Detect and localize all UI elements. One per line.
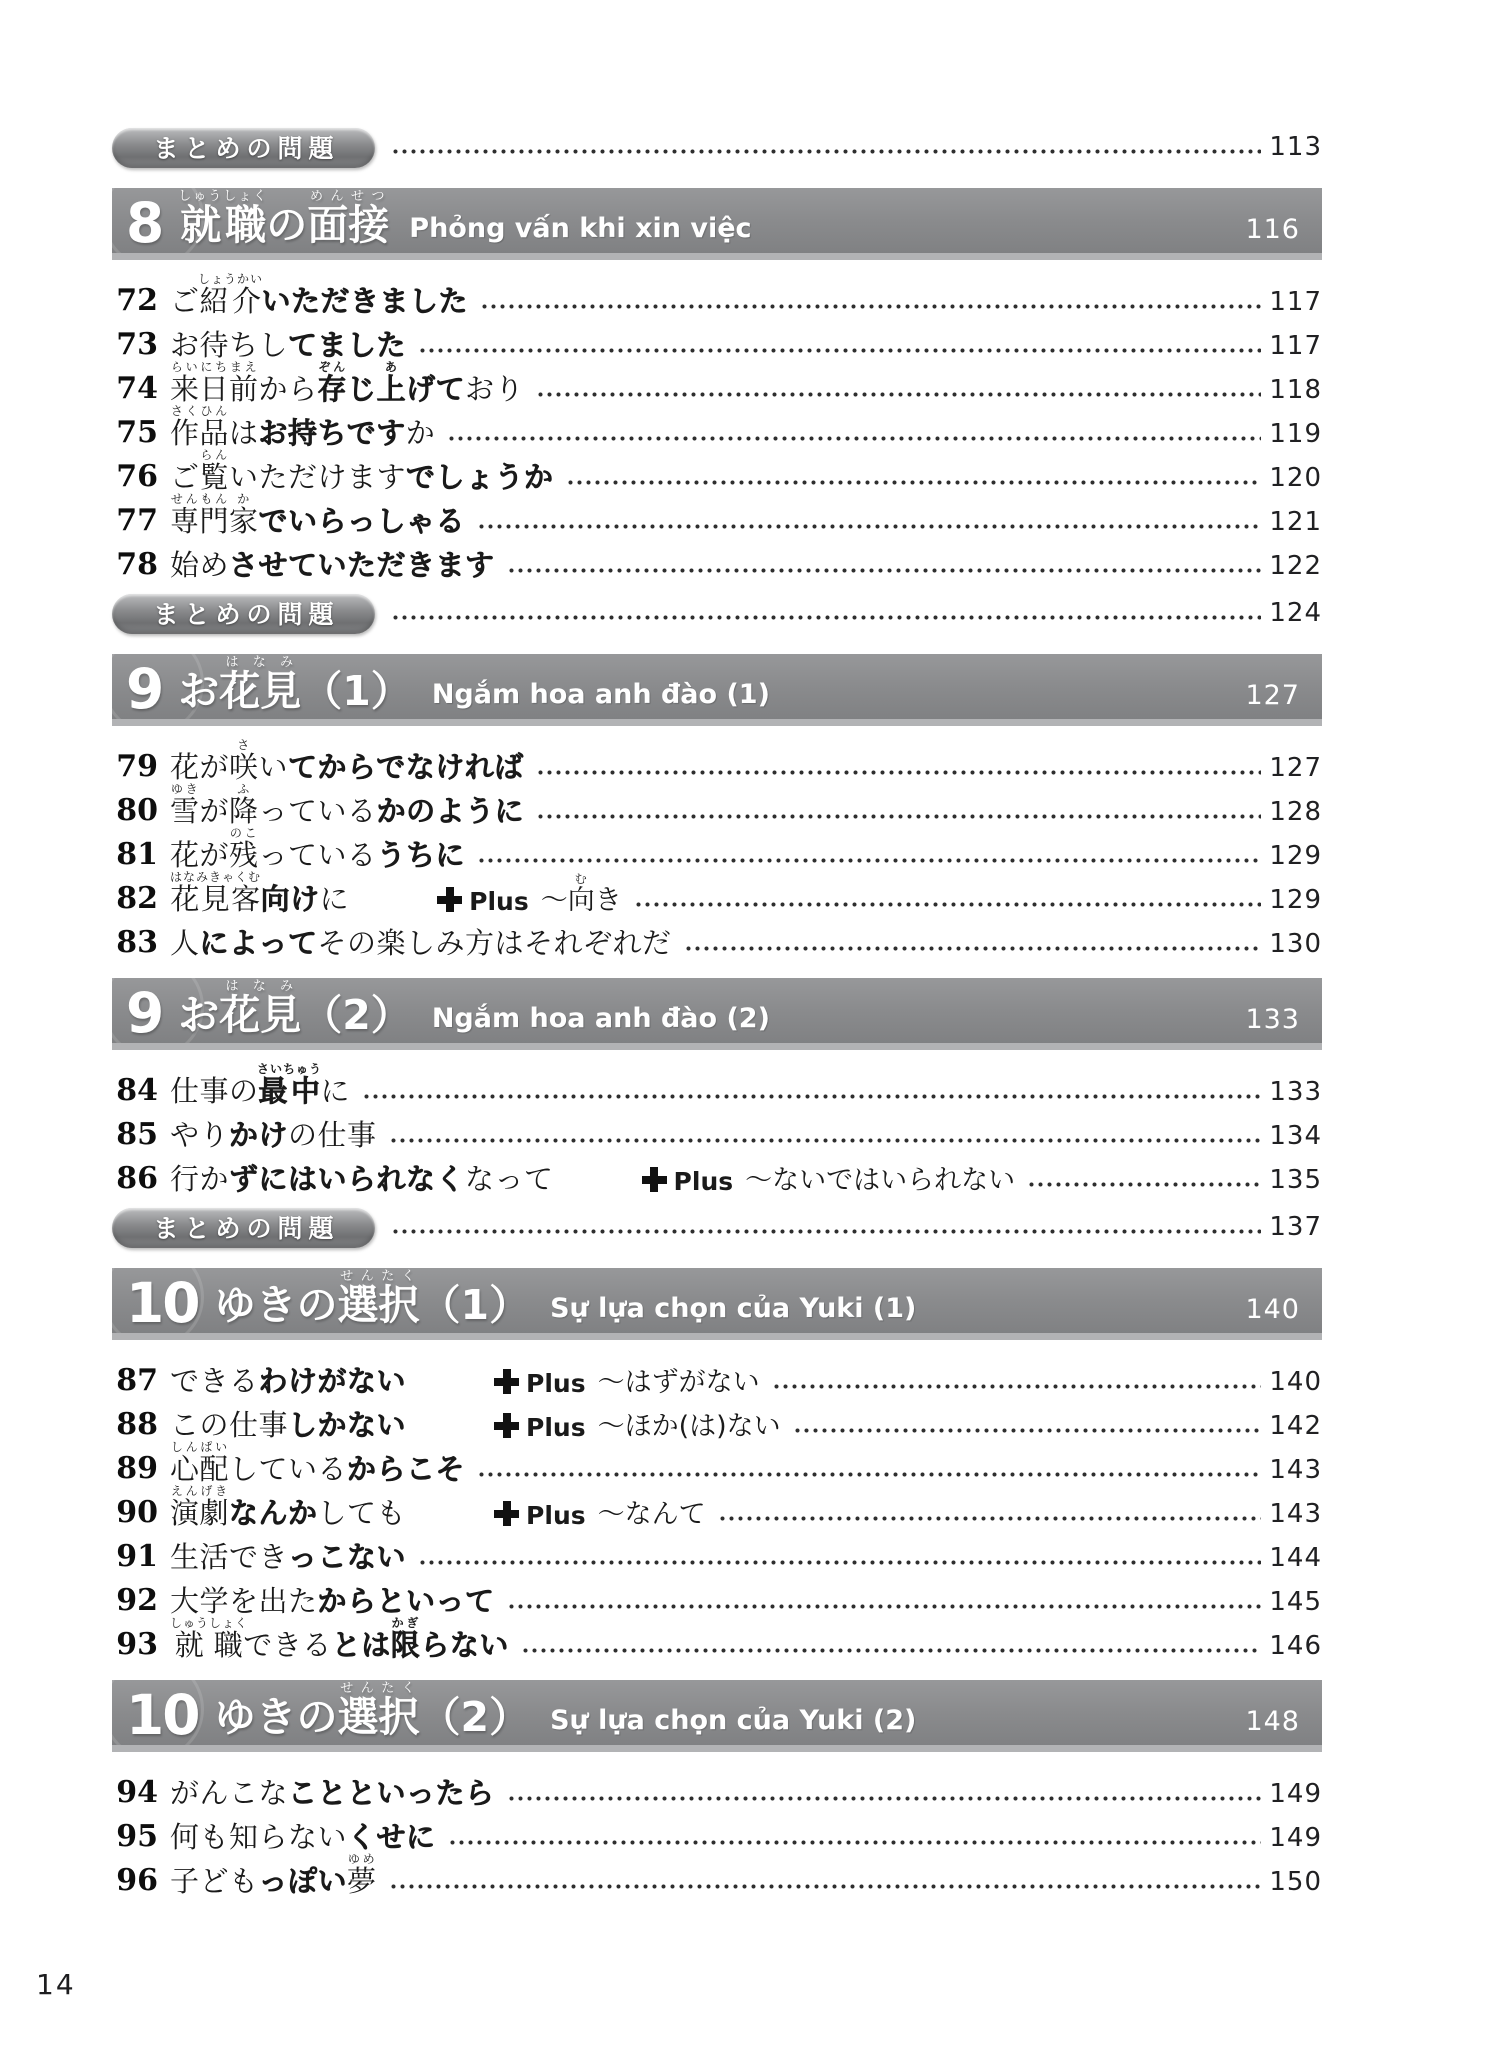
item-title: 花が残のこっているうちに (170, 826, 465, 870)
plus-grammar: 〜ほか(は)ない (598, 1413, 781, 1440)
section-page-number: 133 (1245, 1006, 1300, 1036)
item-title: 雪ゆきが降ふっているかのように (170, 782, 524, 826)
toc-item: 95何も知らないくせに149 (112, 1808, 1322, 1852)
plus-note: Plus〜ほか(は)ない (494, 1413, 781, 1440)
dotted-leader (536, 770, 1262, 775)
toc-item: 90演劇えんげきなんかしてもPlus〜なんて143 (112, 1484, 1322, 1528)
dotted-leader (718, 1516, 1262, 1521)
item-number: 76 (112, 462, 158, 492)
item-number: 95 (112, 1822, 158, 1852)
plus-grammar: 〜ないではいられない (745, 1167, 1015, 1194)
section-header-strip (112, 1745, 1322, 1752)
toc-item: 93就職しゅうしょくできるとは限かぎらない146 (112, 1616, 1322, 1660)
page-number: 150 (1269, 1869, 1322, 1896)
dotted-leader (391, 1229, 1261, 1234)
section-page-number: 148 (1245, 1708, 1300, 1738)
toc-item: 87できるわけがないPlus〜はずがない140 (112, 1352, 1322, 1396)
page-number: 124 (1269, 600, 1322, 634)
section-subtitle: Sự lựa chọn của Yuki (1) (550, 1293, 916, 1326)
section-header-main: 10ゆきの選択せんたく（1）Sự lựa chọn của Yuki (1)14… (112, 1268, 1322, 1333)
item-title: 人によってその楽しみ方はそれぞれだ (170, 929, 672, 958)
summary-row: まとめの問題124 (112, 594, 1322, 634)
dotted-leader (480, 304, 1261, 309)
item-title: できるわけがない (170, 1367, 406, 1396)
dotted-leader (448, 1840, 1262, 1845)
book-toc-page: まとめの問題1138就職しゅうしょくの面接めんせつPhỏng vấn khi x… (0, 0, 1497, 2048)
dotted-leader (418, 348, 1261, 353)
plus-label: Plus (526, 1503, 586, 1528)
item-title: 花が咲さいてからでなければ (170, 738, 524, 782)
dotted-leader (477, 1472, 1261, 1477)
item-number: 81 (112, 840, 158, 870)
section-number: 9 (126, 667, 162, 712)
page-number: 117 (1269, 289, 1322, 316)
page-number: 118 (1269, 377, 1322, 404)
item-title: ご覧らんいただけますでしょうか (170, 448, 554, 492)
item-number: 85 (112, 1120, 158, 1150)
page-number: 128 (1269, 799, 1322, 826)
toc-item: 80雪ゆきが降ふっているかのように128 (112, 782, 1322, 826)
page-number: 127 (1269, 755, 1322, 782)
summary-pill-label: まとめの問題 (147, 136, 339, 161)
dotted-leader (447, 436, 1261, 441)
section-subtitle: Ngắm hoa anh đào (2) (432, 1003, 770, 1036)
toc-item: 85やりかけの仕事134 (112, 1106, 1322, 1150)
item-title: 心配しんぱいしているからこそ (170, 1440, 465, 1484)
section-page-number: 127 (1245, 682, 1300, 712)
plus-note: Plus〜はずがない (494, 1369, 760, 1396)
item-title: 大学を出たからといって (170, 1587, 495, 1616)
toc-item: 73お待ちしてました117 (112, 316, 1322, 360)
item-number: 73 (112, 330, 158, 360)
toc-item: 74来日前らいにちまえから存ぞんじ上あげており118 (112, 360, 1322, 404)
summary-pill: まとめの問題 (112, 594, 375, 634)
page-number: 134 (1269, 1123, 1322, 1150)
item-number: 96 (112, 1866, 158, 1896)
plus-note: Plus〜なんて (494, 1501, 706, 1528)
dotted-leader (566, 480, 1262, 485)
dotted-leader (389, 1884, 1262, 1889)
item-number: 80 (112, 796, 158, 826)
page-number: 133 (1269, 1079, 1322, 1106)
dotted-leader (507, 1796, 1262, 1801)
plus-label: Plus (674, 1169, 734, 1194)
item-number: 78 (112, 550, 158, 580)
page-number: 117 (1269, 333, 1322, 360)
dotted-leader (477, 524, 1261, 529)
summary-pill-label: まとめの問題 (147, 602, 339, 627)
dotted-leader (477, 858, 1261, 863)
dotted-leader (391, 149, 1261, 154)
section-title: お花見はなみ（1） (178, 655, 412, 712)
section-number: 8 (126, 201, 162, 246)
section-header-strip (112, 1333, 1322, 1340)
page-number: 119 (1269, 421, 1322, 448)
section-number: 10 (126, 1693, 199, 1738)
dotted-leader (391, 615, 1261, 620)
item-title: 生活できっこない (170, 1543, 406, 1572)
footer-page-number: 14 (36, 1968, 76, 2001)
dotted-leader (536, 814, 1261, 819)
item-number: 77 (112, 506, 158, 536)
toc-item: 75作品さくひんはお持ちですか119 (112, 404, 1322, 448)
section-header: 9お花見はなみ（2）Ngắm hoa anh đào (2)133 (112, 978, 1322, 1050)
page-number: 122 (1269, 553, 1322, 580)
item-title: 専門せんもん家かでいらっしゃる (170, 492, 465, 536)
plus-icon (642, 1167, 667, 1192)
dotted-leader (772, 1384, 1262, 1389)
dotted-leader (793, 1428, 1262, 1433)
plus-label: Plus (526, 1371, 586, 1396)
item-number: 94 (112, 1778, 158, 1808)
section-page-number: 116 (1245, 216, 1300, 246)
plus-note: Plus〜向むき (437, 872, 622, 914)
page-number: 149 (1269, 1825, 1322, 1852)
toc-item: 76ご覧らんいただけますでしょうか120 (112, 448, 1322, 492)
item-title: がんこなことといったら (170, 1779, 495, 1808)
item-title: 子どもっぽい夢ゆめ (170, 1852, 377, 1896)
item-number: 75 (112, 418, 158, 448)
item-number: 86 (112, 1164, 158, 1194)
toc-item: 78始めさせていただきます122 (112, 536, 1322, 580)
section-header-strip (112, 1043, 1322, 1050)
item-number: 88 (112, 1410, 158, 1440)
toc-item: 81花が残のこっているうちに129 (112, 826, 1322, 870)
section-number: 10 (126, 1281, 199, 1326)
summary-row: まとめの問題137 (112, 1208, 1322, 1248)
section-header-main: 10ゆきの選択せんたく（2）Sự lựa chọn của Yuki (2)14… (112, 1680, 1322, 1745)
section-title: お花見はなみ（2） (178, 979, 412, 1036)
item-number: 74 (112, 374, 158, 404)
page-number: 137 (1269, 1214, 1322, 1248)
section-page-number: 140 (1245, 1296, 1300, 1326)
plus-icon (494, 1369, 519, 1394)
item-title: 始めさせていただきます (170, 551, 495, 580)
item-title: 作品さくひんはお持ちですか (170, 404, 435, 448)
item-number: 87 (112, 1366, 158, 1396)
page-number: 144 (1269, 1545, 1322, 1572)
item-title: やりかけの仕事 (170, 1121, 377, 1150)
item-title: 花見客はなみきゃくむ向けに (170, 870, 349, 914)
toc-item: 83人によってその楽しみ方はそれぞれだ130 (112, 914, 1322, 958)
plus-label: Plus (526, 1415, 586, 1440)
toc-item: 91生活できっこない144 (112, 1528, 1322, 1572)
item-number: 72 (112, 286, 158, 316)
summary-pill-label: まとめの問題 (147, 1216, 339, 1241)
section-title: 就職しゅうしょくの面接めんせつ (178, 189, 389, 246)
plus-label: Plus (469, 889, 529, 914)
section-subtitle: Phỏng vấn khi xin việc (409, 213, 751, 246)
item-title: ご紹介しょうかいいただきました (170, 272, 468, 316)
item-title: 就職しゅうしょくできるとは限かぎらない (170, 1616, 509, 1660)
item-title: この仕事しかない (170, 1411, 406, 1440)
plus-icon (494, 1501, 519, 1526)
section-header-strip (112, 253, 1322, 260)
dotted-leader (536, 392, 1261, 397)
page-number: 146 (1269, 1633, 1322, 1660)
plus-note: Plus〜ないではいられない (642, 1167, 1016, 1194)
dotted-leader (362, 1094, 1261, 1099)
toc-item: 82花見客はなみきゃくむ向けにPlus〜向むき129 (112, 870, 1322, 914)
summary-row: まとめの問題113 (112, 128, 1322, 168)
plus-grammar: 〜向むき (541, 872, 622, 914)
toc: まとめの問題1138就職しゅうしょくの面接めんせつPhỏng vấn khi x… (112, 128, 1322, 1896)
page-number: 120 (1269, 465, 1322, 492)
toc-item: 72ご紹介しょうかいいただきました117 (112, 272, 1322, 316)
dotted-leader (684, 946, 1262, 951)
item-number: 89 (112, 1454, 158, 1484)
page-number: 143 (1269, 1501, 1322, 1528)
plus-icon (437, 887, 462, 912)
item-number: 91 (112, 1542, 158, 1572)
item-number: 82 (112, 884, 158, 914)
page-number: 121 (1269, 509, 1322, 536)
toc-item: 94がんこなことといったら149 (112, 1764, 1322, 1808)
toc-item: 92大学を出たからといって145 (112, 1572, 1322, 1616)
item-title: 何も知らないくせに (170, 1823, 436, 1852)
dotted-leader (418, 1560, 1261, 1565)
page-number: 149 (1269, 1781, 1322, 1808)
section-number: 9 (126, 991, 162, 1036)
item-title: 来日前らいにちまえから存ぞんじ上あげており (170, 360, 524, 404)
section-header-main: 9お花見はなみ（1）Ngắm hoa anh đào (1)127 (112, 654, 1322, 719)
item-title: 行かずにはいられなくなって (170, 1165, 554, 1194)
item-title: お待ちしてました (170, 331, 406, 360)
summary-pill: まとめの問題 (112, 128, 375, 168)
item-number: 84 (112, 1076, 158, 1106)
dotted-leader (634, 902, 1262, 907)
dotted-leader (521, 1648, 1262, 1653)
section-header: 10ゆきの選択せんたく（2）Sự lựa chọn của Yuki (2)14… (112, 1680, 1322, 1752)
section-header-main: 8就職しゅうしょくの面接めんせつPhỏng vấn khi xin việc11… (112, 188, 1322, 253)
plus-grammar: 〜はずがない (598, 1369, 760, 1396)
section-title: ゆきの選択せんたく（1） (215, 1269, 531, 1326)
page-number: 142 (1269, 1413, 1322, 1440)
section-header-main: 9お花見はなみ（2）Ngắm hoa anh đào (2)133 (112, 978, 1322, 1043)
plus-icon (494, 1413, 519, 1438)
item-title: 演劇えんげきなんかしても (170, 1484, 406, 1528)
dotted-leader (389, 1138, 1262, 1143)
toc-item: 77専門せんもん家かでいらっしゃる121 (112, 492, 1322, 536)
item-title: 仕事の最中さいちゅうに (170, 1062, 350, 1106)
item-number: 79 (112, 752, 158, 782)
dotted-leader (1027, 1182, 1261, 1187)
page-number: 129 (1269, 887, 1322, 914)
toc-item: 79花が咲さいてからでなければ127 (112, 738, 1322, 782)
toc-item: 96子どもっぽい夢ゆめ150 (112, 1852, 1322, 1896)
page-number: 113 (1269, 134, 1322, 168)
dotted-leader (507, 568, 1262, 573)
page-number: 140 (1269, 1369, 1322, 1396)
summary-pill: まとめの問題 (112, 1208, 375, 1248)
page-number: 145 (1269, 1589, 1322, 1616)
toc-item: 89心配しんぱいしているからこそ143 (112, 1440, 1322, 1484)
page-number: 143 (1269, 1457, 1322, 1484)
item-number: 83 (112, 928, 158, 958)
plus-grammar: 〜なんて (598, 1501, 706, 1528)
page-number: 129 (1269, 843, 1322, 870)
item-number: 92 (112, 1586, 158, 1616)
section-subtitle: Ngắm hoa anh đào (1) (432, 679, 770, 712)
dotted-leader (507, 1604, 1262, 1609)
item-number: 93 (112, 1630, 158, 1660)
section-header-strip (112, 719, 1322, 726)
toc-item: 86行かずにはいられなくなってPlus〜ないではいられない135 (112, 1150, 1322, 1194)
section-header: 9お花見はなみ（1）Ngắm hoa anh đào (1)127 (112, 654, 1322, 726)
toc-item: 84仕事の最中さいちゅうに133 (112, 1062, 1322, 1106)
section-subtitle: Sự lựa chọn của Yuki (2) (550, 1705, 916, 1738)
toc-item: 88この仕事しかないPlus〜ほか(は)ない142 (112, 1396, 1322, 1440)
page-number: 130 (1269, 931, 1322, 958)
section-header: 8就職しゅうしょくの面接めんせつPhỏng vấn khi xin việc11… (112, 188, 1322, 260)
section-title: ゆきの選択せんたく（2） (215, 1681, 531, 1738)
page-number: 135 (1269, 1167, 1322, 1194)
item-number: 90 (112, 1498, 158, 1528)
section-header: 10ゆきの選択せんたく（1）Sự lựa chọn của Yuki (1)14… (112, 1268, 1322, 1340)
